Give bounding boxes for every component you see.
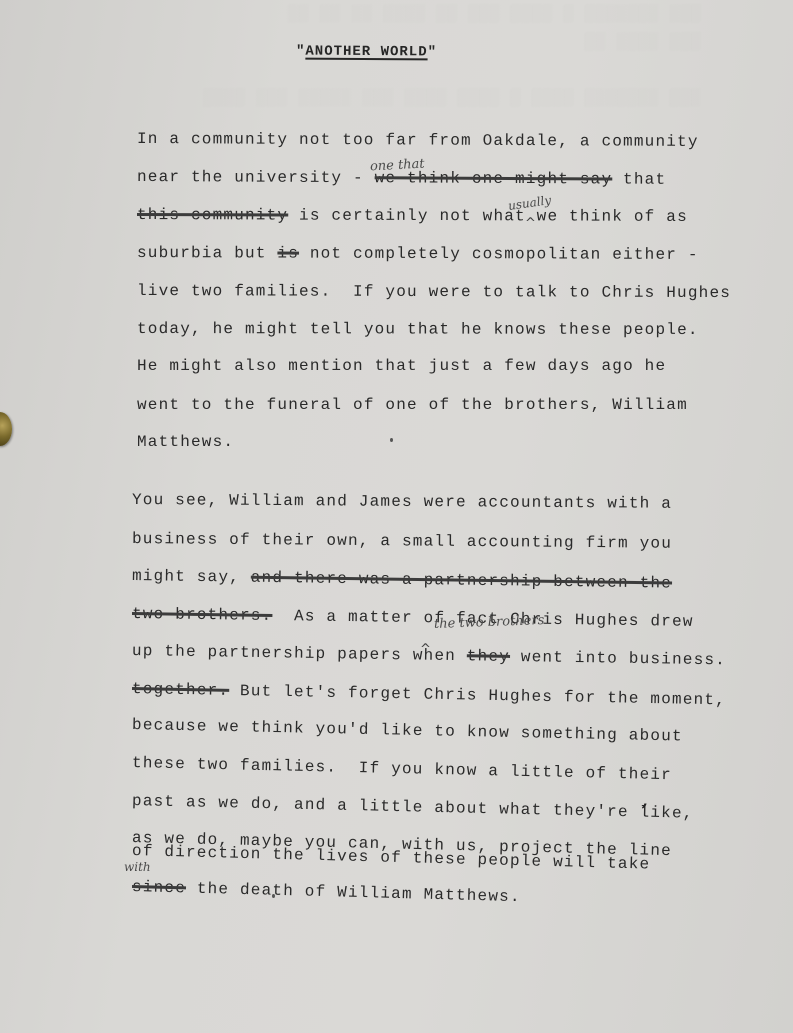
binder-fastener-icon [0, 412, 12, 446]
line-text: live two families. If you were to talk t… [137, 282, 731, 302]
typed-line: past as we do, and a little about what t… [132, 792, 694, 823]
line-text: went into business. [510, 648, 726, 669]
line-text: these two families. If you know a little… [132, 754, 672, 784]
line-text: because we think you'd like to know some… [132, 716, 683, 746]
line-text: up the partnership papers when [132, 642, 467, 665]
line-text: He might also mention that just a few da… [137, 357, 666, 375]
insertion-caret-icon: ^ [525, 216, 536, 231]
typed-line: since the death of William Matthews. [132, 878, 521, 906]
typed-line: might say, and there was a partnership b… [132, 567, 672, 593]
typed-line: suburbia but is not completely cosmopoli… [137, 244, 699, 264]
handwritten-edit-one-that: one that [370, 157, 425, 175]
struck-text: two brothers. [132, 605, 273, 625]
typed-line: because we think you'd like to know some… [132, 716, 683, 746]
line-text: might say, [132, 567, 251, 587]
typed-line: live two families. If you were to talk t… [137, 282, 731, 302]
handwritten-edit-the-two-brothers: the two brothers [434, 613, 545, 632]
line-text: business of their own, a small accountin… [132, 530, 672, 553]
line-text: Matthews. [137, 433, 234, 451]
line-text: that [612, 170, 666, 188]
handwritten-edit-with: with [124, 860, 151, 874]
typed-line: this community is certainly not what we … [137, 206, 688, 226]
line-text: today, he might tell you that he knows t… [137, 320, 699, 339]
typed-line: In a community not too far from Oakdale,… [137, 130, 699, 151]
line-text: You see, William and James were accounta… [132, 491, 672, 513]
struck-text: they [467, 647, 510, 666]
typed-line: business of their own, a small accountin… [132, 530, 672, 553]
struck-text: is [277, 244, 299, 262]
line-text: past as we do, and a little about what t… [132, 792, 694, 823]
typed-line: together. But let's forget Chris Hughes … [132, 680, 726, 709]
struck-text: together. [132, 680, 230, 700]
typed-line: today, he might tell you that he knows t… [137, 320, 699, 339]
line-text: near the university - [137, 168, 375, 187]
ink-speck [272, 894, 275, 898]
typed-line: two brothers. As a matter of fact Chris … [132, 605, 694, 631]
struck-text: this community [137, 206, 288, 225]
struck-text: since [132, 878, 186, 897]
typed-line: these two families. If you know a little… [132, 754, 672, 784]
typed-line: went to the funeral of one of the brothe… [137, 396, 688, 414]
line-text: the death of William Matthews. [186, 879, 521, 906]
ink-speck [390, 438, 393, 442]
typed-line: He might also mention that just a few da… [137, 357, 666, 375]
line-text: not completely cosmopolitan either - [299, 245, 699, 264]
typed-line: Matthews. [137, 433, 234, 451]
line-text: went to the funeral of one of the brothe… [137, 396, 688, 414]
struck-text: and there was a partnership between the [251, 569, 672, 593]
handwritten-comma: , [642, 791, 648, 810]
line-text: But let's forget Chris Hughes for the mo… [229, 682, 726, 710]
typed-line: You see, William and James were accounta… [132, 491, 672, 513]
line-text: In a community not too far from Oakdale,… [137, 130, 699, 151]
line-text: is certainly not what we think of as [288, 207, 688, 226]
line-text: suburbia but [137, 244, 277, 262]
typed-manuscript-page: ░░░ ░░░░░░░ ░ ░░░░ ░░░ ░░ ░░░░ ░░ ░░ ░░ … [0, 0, 793, 1033]
document-title: "ANOTHER WORLD" [296, 44, 437, 61]
insertion-caret-icon: ^ [420, 642, 431, 657]
